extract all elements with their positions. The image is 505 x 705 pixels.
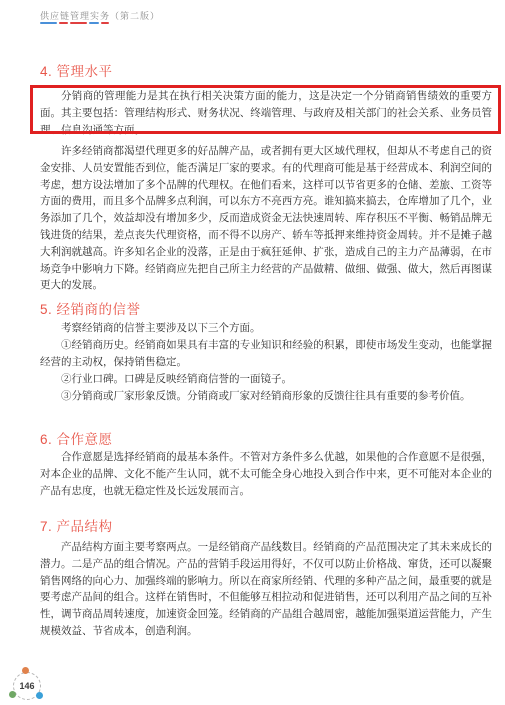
proofing-underline-icon xyxy=(101,22,109,24)
section-heading-distributor-reputation: 5. 经销商的信誉 xyxy=(40,298,141,318)
paragraph-cooperation-willingness: 合作意愿是选择经销商的最基本条件。不管对方条件多么优越，如果他的合作意愿不是很强… xyxy=(40,450,492,500)
section-heading-management-level: 4. 管理水平 xyxy=(40,60,113,80)
book-page: 供应链管理实务（第二版） 4. 管理水平 分销商的管理能力是其在执行相关决策方面… xyxy=(0,0,505,705)
page-number: 146 xyxy=(19,681,34,691)
paragraph-reputation-item-3: ③分销商或厂家形象反馈。分销商或厂家对经销商形象的反馈往往具有重要的参考价值。 xyxy=(40,389,492,406)
paragraph-reputation-intro: 考察经销商的信誉主要涉及以下三个方面。 xyxy=(40,321,492,338)
paragraph-product-structure: 产品结构方面主要考察两点。一是经销商产品线数目。经销商的产品范围决定了其未来成长… xyxy=(40,540,492,641)
proofing-underline-icon xyxy=(59,22,68,24)
paragraph-management-level: 许多经销商都渴望代理更多的好品牌产品，或者拥有更大区域代理权，但却从不考虑自己的… xyxy=(40,144,492,295)
section-heading-product-structure: 7. 产品结构 xyxy=(40,515,113,535)
section-heading-cooperation-willingness: 6. 合作意愿 xyxy=(40,428,113,448)
badge-dot-orange-icon xyxy=(22,667,29,674)
running-header: 供应链管理实务（第二版） xyxy=(40,9,160,22)
book-title: 供应链管理实务（第二版） xyxy=(40,11,160,21)
paragraph-reputation-item-1: ①经销商历史。经销商如果具有丰富的专业知识和经验的积累，即使市场发生变动，也能掌… xyxy=(40,338,492,372)
proofing-underline-icon xyxy=(40,22,57,24)
boxed-paragraph: 分销商的管理能力是其在执行相关决策方面的能力，这是决定一个分销商销售绩效的重要方… xyxy=(40,88,492,139)
badge-dot-green-icon xyxy=(9,691,16,698)
paragraph-reputation-item-2: ②行业口碑。口碑是反映经销商信誉的一面镜子。 xyxy=(40,372,492,389)
proofing-underline-icon xyxy=(89,22,99,24)
proofing-underline-icon xyxy=(70,22,87,24)
badge-dot-blue-icon xyxy=(36,692,43,699)
